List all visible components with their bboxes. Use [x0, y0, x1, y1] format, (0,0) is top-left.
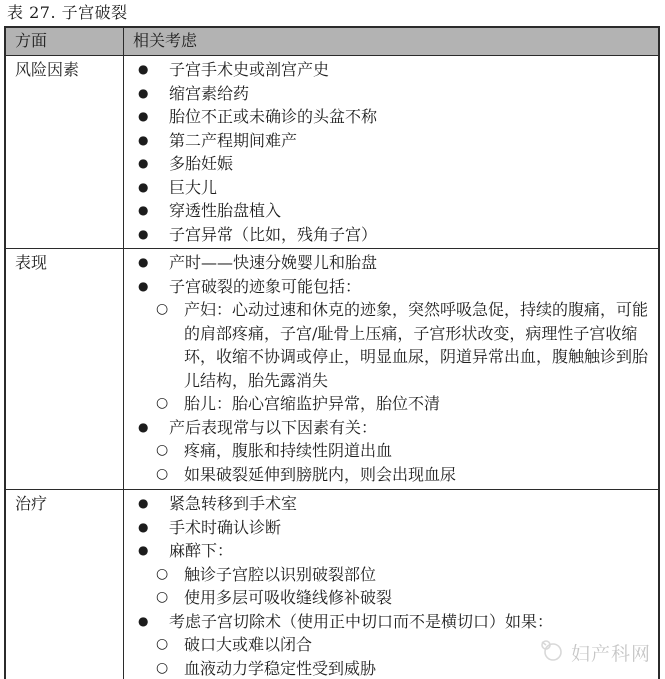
open-circle-icon: ○: [156, 563, 184, 587]
list-item: ●巨大儿: [124, 176, 652, 200]
filled-bullet-icon: ●: [138, 516, 169, 540]
filled-bullet-icon: ●: [138, 152, 169, 176]
list-item: ○疼痛，腹胀和持续性阴道出血: [124, 439, 652, 463]
list-item-text: 巨大儿: [169, 176, 652, 200]
list-item-text: 产时——快速分娩婴儿和胎盘: [169, 251, 652, 275]
list-item: ●子宫手术史或剖宫产史: [124, 58, 652, 82]
list-item: ○如果破裂延伸到膀胱内，则会出现血尿: [124, 463, 652, 487]
considerations-cell: ●产时——快速分娩婴儿和胎盘●子宫破裂的迹象可能包括：○产妇：心动过速和休克的迹…: [124, 249, 658, 489]
uterine-rupture-table: 方面 相关考虑 风险因素●子宫手术史或剖宫产史●缩宫素给药●胎位不正或未确诊的头…: [4, 26, 660, 679]
list-item: ○产妇：心动过速和休克的迹象，突然呼吸急促，持续的腹痛，可能的肩部疼痛，子宫/耻…: [124, 298, 652, 392]
filled-bullet-icon: ●: [138, 199, 169, 223]
list-item: ●子宫破裂的迹象可能包括：: [124, 275, 652, 299]
watermark-text: 妇产科网: [571, 639, 651, 666]
list-item: ●多胎妊娠: [124, 152, 652, 176]
list-item: ○使用多层可吸收缝线修补破裂: [124, 586, 652, 610]
list-item-text: 麻醉下：: [169, 539, 652, 563]
list-item: ●缩宫素给药: [124, 82, 652, 106]
filled-bullet-icon: ●: [138, 492, 169, 516]
list-item-text: 子宫手术史或剖宫产史: [169, 58, 652, 82]
fuchanke-logo-icon: [539, 638, 565, 667]
filled-bullet-icon: ●: [138, 176, 169, 200]
list-item-text: 第二产程期间难产: [169, 129, 652, 153]
table-row: 风险因素●子宫手术史或剖宫产史●缩宫素给药●胎位不正或未确诊的头盆不称●第二产程…: [6, 55, 658, 248]
filled-bullet-icon: ●: [138, 129, 169, 153]
list-item: ●第二产程期间难产: [124, 129, 652, 153]
considerations-cell: ●子宫手术史或剖宫产史●缩宫素给药●胎位不正或未确诊的头盆不称●第二产程期间难产…: [124, 56, 658, 248]
open-circle-icon: ○: [156, 392, 184, 416]
filled-bullet-icon: ●: [138, 610, 169, 634]
list-item-text: 穿透性胎盘植入: [169, 199, 652, 223]
filled-bullet-icon: ●: [138, 58, 169, 82]
watermark: 妇产科网: [539, 638, 651, 667]
list-item-text: 产后表现常与以下因素有关：: [169, 416, 652, 440]
open-circle-icon: ○: [156, 586, 184, 610]
list-item: ○触诊子宫腔以识别破裂部位: [124, 563, 652, 587]
list-item-text: 产妇：心动过速和休克的迹象，突然呼吸急促，持续的腹痛，可能的肩部疼痛，子宫/耻骨…: [184, 298, 652, 392]
open-circle-icon: ○: [156, 439, 184, 463]
list-item-text: 胎儿：胎心宫缩监护异常，胎位不清: [184, 392, 652, 416]
open-circle-icon: ○: [156, 463, 184, 487]
list-item: ●麻醉下：: [124, 539, 652, 563]
aspect-cell: 风险因素: [6, 56, 124, 248]
list-item-text: 疼痛，腹胀和持续性阴道出血: [184, 439, 652, 463]
table-body: 风险因素●子宫手术史或剖宫产史●缩宫素给药●胎位不正或未确诊的头盆不称●第二产程…: [6, 55, 658, 679]
list-item: ●产时——快速分娩婴儿和胎盘: [124, 251, 652, 275]
table-row: 表现●产时——快速分娩婴儿和胎盘●子宫破裂的迹象可能包括：○产妇：心动过速和休克…: [6, 248, 658, 489]
open-circle-icon: ○: [156, 633, 184, 657]
column-header-aspect: 方面: [6, 28, 124, 55]
column-header-considerations: 相关考虑: [124, 28, 658, 55]
list-item-text: 手术时确认诊断: [169, 516, 652, 540]
list-item-text: 触诊子宫腔以识别破裂部位: [184, 563, 652, 587]
list-item: ○胎儿：胎心宫缩监护异常，胎位不清: [124, 392, 652, 416]
aspect-cell: 治疗: [6, 490, 124, 679]
table-header-row: 方面 相关考虑: [6, 28, 658, 55]
filled-bullet-icon: ●: [138, 416, 169, 440]
filled-bullet-icon: ●: [138, 82, 169, 106]
list-item: ●穿透性胎盘植入: [124, 199, 652, 223]
filled-bullet-icon: ●: [138, 275, 169, 299]
list-item-text: 胎位不正或未确诊的头盆不称: [169, 105, 652, 129]
open-circle-icon: ○: [156, 657, 184, 679]
list-item-text: 紧急转移到手术室: [169, 492, 652, 516]
list-item-text: 如果破裂延伸到膀胱内，则会出现血尿: [184, 463, 652, 487]
list-item: ●子宫异常（比如，残角子宫）: [124, 223, 652, 247]
list-item-text: 考虑子宫切除术（使用正中切口而不是横切口）如果：: [169, 610, 652, 634]
list-item: ●产后表现常与以下因素有关：: [124, 416, 652, 440]
filled-bullet-icon: ●: [138, 223, 169, 247]
list-item: ●考虑子宫切除术（使用正中切口而不是横切口）如果：: [124, 610, 652, 634]
open-circle-icon: ○: [156, 298, 184, 322]
filled-bullet-icon: ●: [138, 105, 169, 129]
list-item-text: 使用多层可吸收缝线修补破裂: [184, 586, 652, 610]
list-item-text: 子宫破裂的迹象可能包括：: [169, 275, 652, 299]
list-item: ●胎位不正或未确诊的头盆不称: [124, 105, 652, 129]
list-item: ●手术时确认诊断: [124, 516, 652, 540]
filled-bullet-icon: ●: [138, 251, 169, 275]
aspect-cell: 表现: [6, 249, 124, 489]
list-item-text: 多胎妊娠: [169, 152, 652, 176]
list-item-text: 缩宫素给药: [169, 82, 652, 106]
table-title: 表 27. 子宫破裂: [7, 2, 128, 24]
filled-bullet-icon: ●: [138, 539, 169, 563]
list-item: ●紧急转移到手术室: [124, 492, 652, 516]
list-item-text: 子宫异常（比如，残角子宫）: [169, 223, 652, 247]
